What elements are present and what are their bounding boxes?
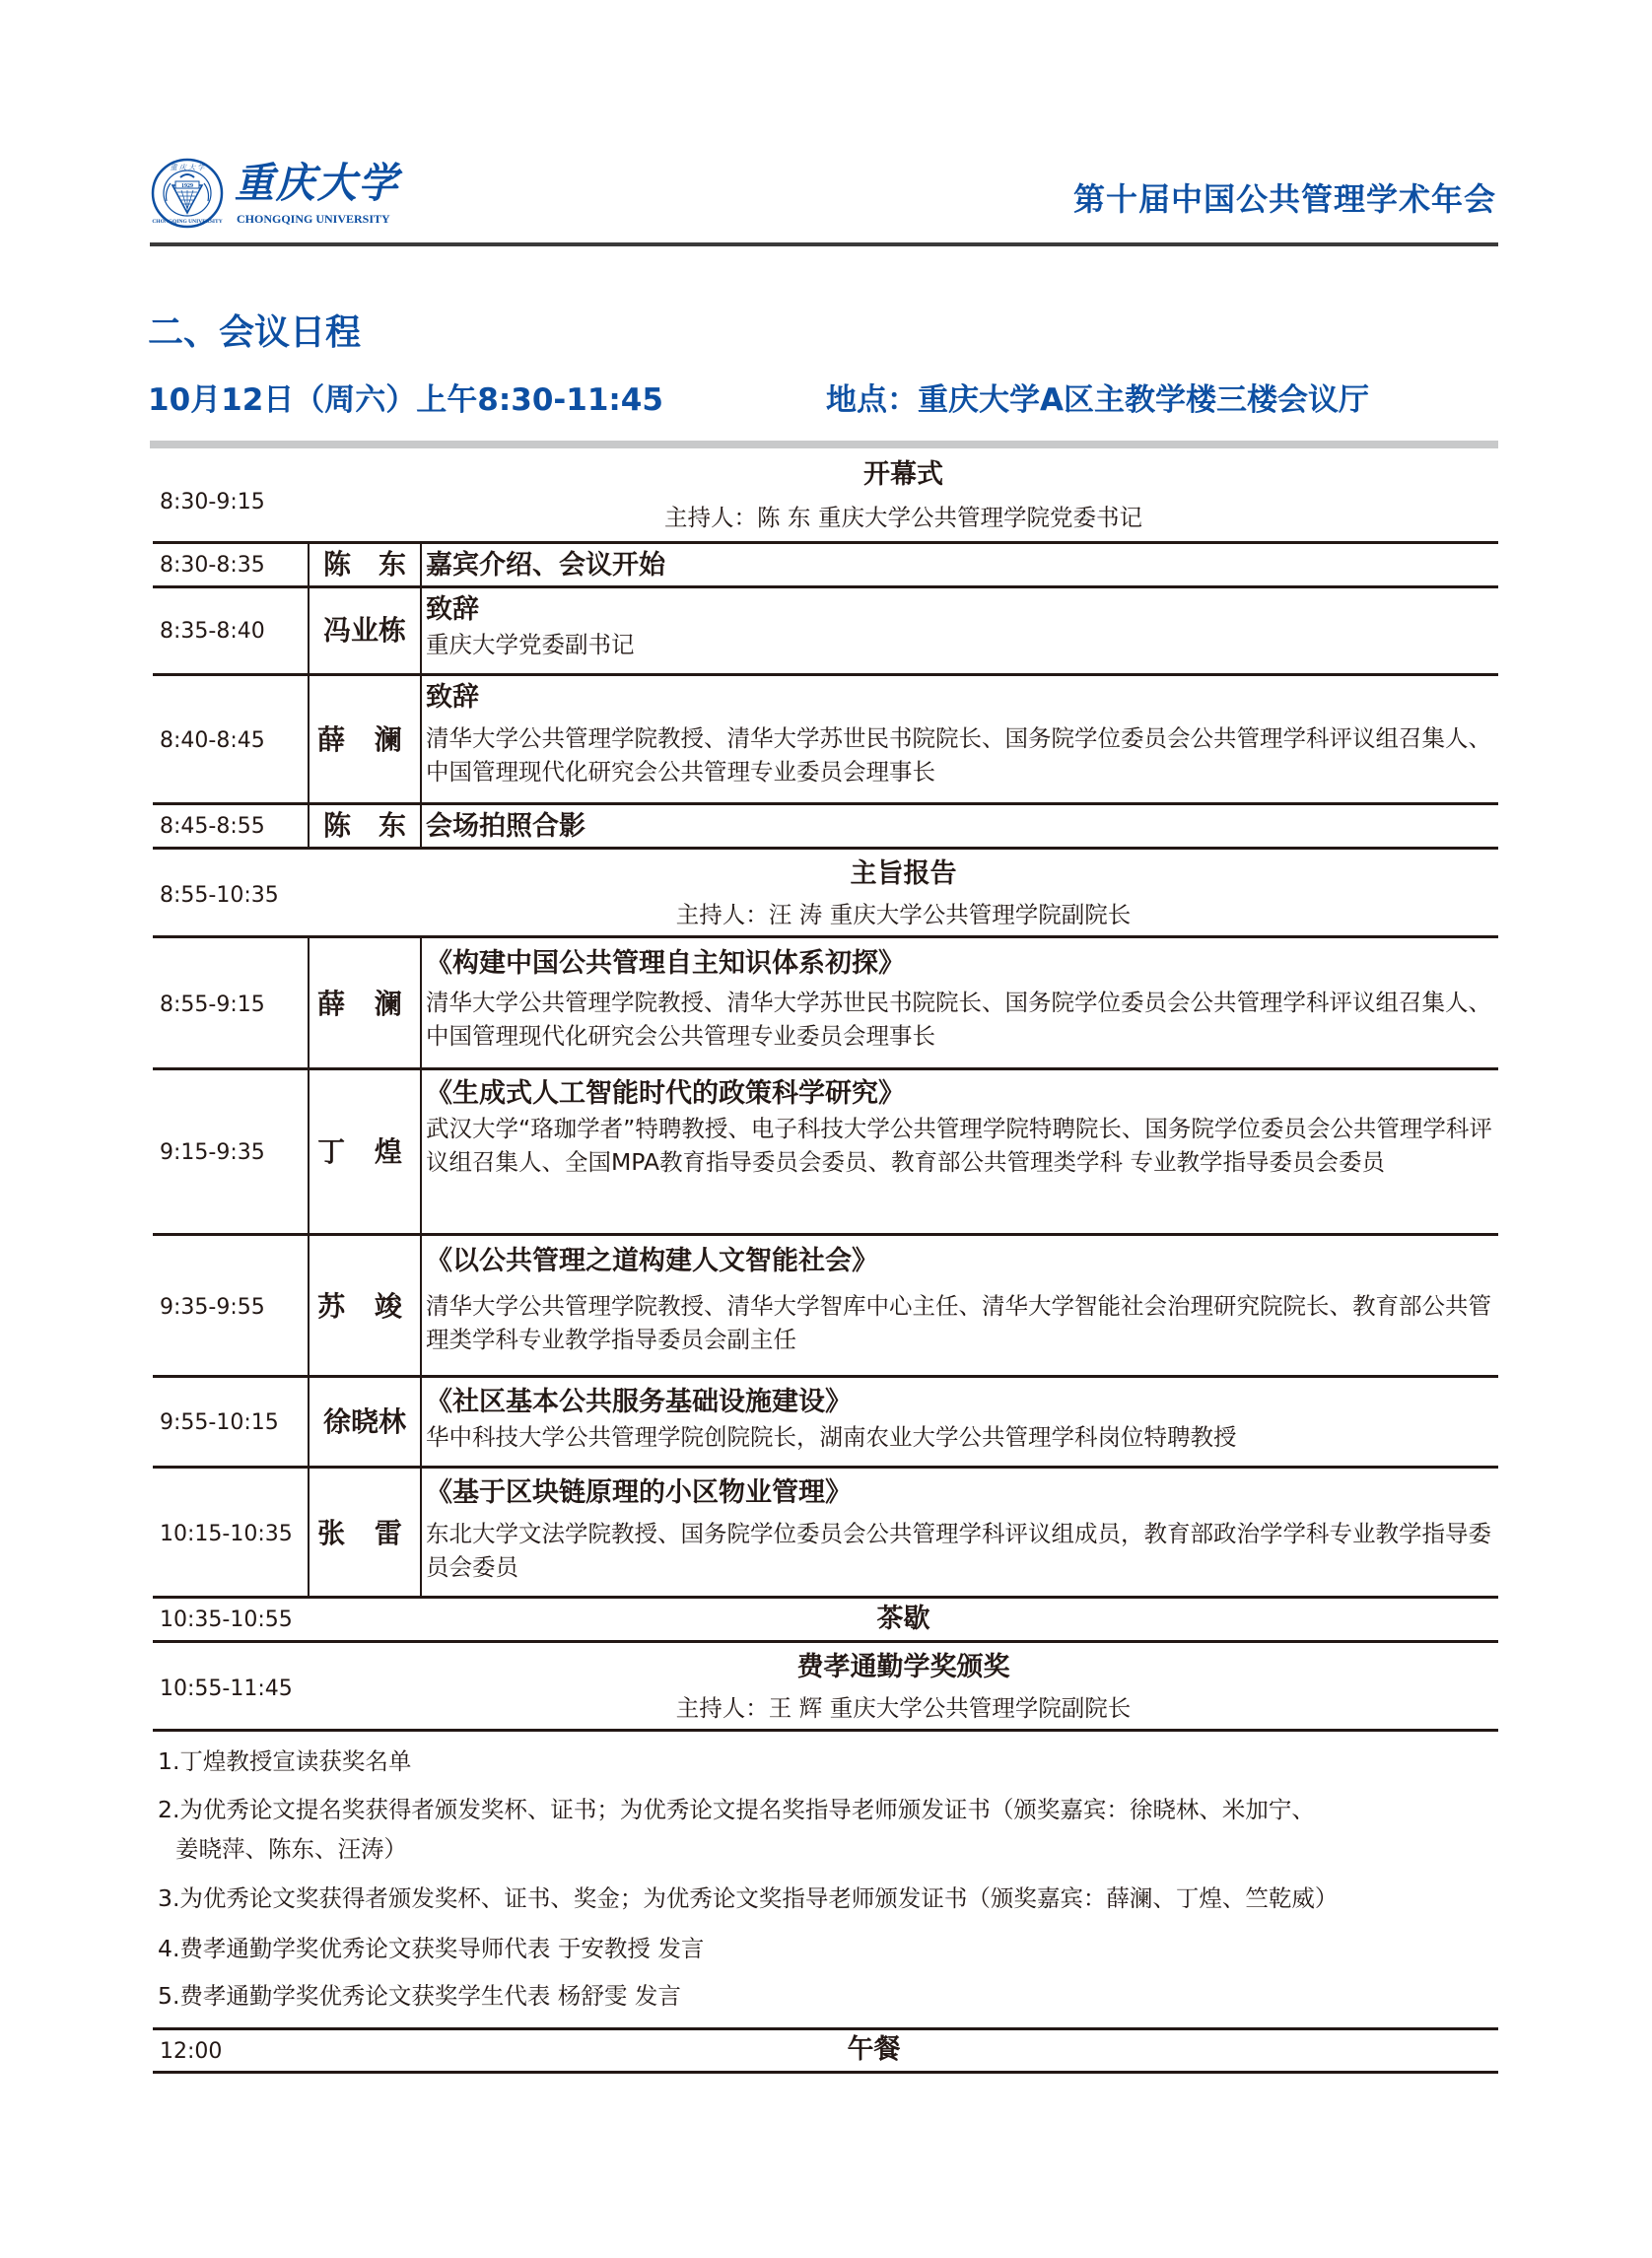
award-list-item: 3.为优秀论文奖获得者颁发奖杯、证书、奖金；为优秀论文奖指导老师颁发证书（颁奖嘉… bbox=[158, 1879, 1498, 1918]
row-divider bbox=[153, 585, 1498, 588]
row-divider bbox=[153, 673, 1498, 676]
table-row-speaker: 张 雷 bbox=[309, 1517, 421, 1550]
award-list-item: 1.丁煌教授宣读获奖名单 bbox=[158, 1742, 1498, 1781]
svg-text:1929: 1929 bbox=[181, 183, 193, 189]
row-divider bbox=[153, 1640, 1498, 1643]
table-row-speaker: 苏 竣 bbox=[309, 1290, 421, 1324]
table-row-speaker: 陈 东 bbox=[309, 809, 421, 843]
row-divider bbox=[153, 935, 1498, 938]
lunch-title: 午餐 bbox=[309, 2033, 1439, 2067]
row-divider bbox=[153, 1067, 1498, 1070]
award-list-item: 5.费孝通勤学奖优秀论文获奖学生代表 杨舒雯 发言 bbox=[158, 1976, 1498, 2016]
table-row-content: 嘉宾介绍、会议开始 bbox=[426, 548, 1495, 583]
svg-text:重 庆 大 学: 重 庆 大 学 bbox=[171, 164, 206, 171]
column-divider bbox=[308, 937, 310, 1598]
table-row-speaker: 薛 澜 bbox=[309, 988, 421, 1021]
conference-title: 第十届中国公共管理学术年会 bbox=[1073, 179, 1496, 219]
item-title: 会场拍照合影 bbox=[426, 809, 1495, 845]
table-row-time: 9:15-9:35 bbox=[160, 1139, 265, 1167]
speaker-bio: 清华大学公共管理学院教授、清华大学苏世民书院院长、国务院学位委员会公共管理学科评… bbox=[426, 986, 1495, 1053]
row-divider bbox=[153, 1233, 1498, 1236]
item-title: 致辞 bbox=[426, 680, 1495, 716]
table-row-time: 8:30-8:35 bbox=[160, 552, 265, 580]
opening-title: 开幕式 bbox=[309, 458, 1498, 492]
column-divider bbox=[420, 543, 422, 849]
award-list-item-continued: 姜晓萍、陈东、汪涛） bbox=[158, 1829, 1498, 1869]
item-description: 清华大学公共管理学院教授、清华大学苏世民书院院长、国务院学位委员会公共管理学科评… bbox=[426, 721, 1495, 788]
section-title: 二、会议日程 bbox=[148, 311, 361, 355]
item-title: 致辞 bbox=[426, 592, 1495, 628]
table-top-bar bbox=[150, 441, 1498, 448]
talk-title: 《构建中国公共管理自主知识体系初探》 bbox=[426, 946, 1495, 982]
award-session-header: 费孝通勤学奖颁奖 主持人：王 辉 重庆大学公共管理学院副院长 bbox=[309, 1651, 1498, 1724]
table-row-time: 10:15-10:35 bbox=[160, 1521, 293, 1548]
row-divider bbox=[153, 1596, 1498, 1599]
award-time: 10:55-11:45 bbox=[160, 1676, 293, 1703]
table-bottom-border bbox=[153, 2071, 1498, 2074]
table-row-time: 8:45-8:55 bbox=[160, 813, 265, 841]
university-seal-logo: 1929 重 庆 大 学 CHONGQING UNIVERSITY bbox=[151, 158, 224, 229]
opening-session-header: 开幕式 主持人：陈 东 重庆大学公共管理学院党委书记 bbox=[309, 458, 1498, 533]
table-row-content: 《基于区块链原理的小区物业管理》 东北大学文法学院教授、国务院学位委员会公共管理… bbox=[426, 1475, 1495, 1584]
table-row-content: 致辞 重庆大学党委副书记 bbox=[426, 592, 1495, 661]
keynote-title: 主旨报告 bbox=[309, 857, 1498, 891]
table-row-time: 9:55-10:15 bbox=[160, 1409, 279, 1437]
table-row-time: 9:35-9:55 bbox=[160, 1294, 265, 1322]
award-list-item-continuation: 姜晓萍、陈东、汪涛） bbox=[158, 1835, 407, 1863]
tea-break-row: 茶歇 bbox=[309, 1603, 1498, 1636]
table-row-content: 《社区基本公共服务基础设施建设》 华中科技大学公共管理学院创院院长，湖南农业大学… bbox=[426, 1385, 1495, 1454]
lunch-row: 午餐 bbox=[309, 2033, 1498, 2067]
header-divider bbox=[150, 242, 1498, 246]
university-wordmark: 重庆大学 CHONGQING UNIVERSITY bbox=[235, 158, 392, 229]
column-divider bbox=[308, 543, 310, 849]
table-row-content: 会场拍照合影 bbox=[426, 809, 1495, 845]
keynote-time: 8:55-10:35 bbox=[160, 882, 279, 910]
row-divider bbox=[153, 847, 1498, 850]
speaker-bio: 华中科技大学公共管理学院创院院长，湖南农业大学公共管理学科岗位特聘教授 bbox=[426, 1420, 1495, 1454]
row-divider bbox=[153, 1466, 1498, 1469]
session-location: 地点：重庆大学A区主教学楼三楼会议厅 bbox=[826, 380, 1369, 420]
wordmark-chinese: 重庆大学 bbox=[235, 158, 399, 209]
speaker-bio: 武汉大学“珞珈学者”特聘教授、电子科技大学公共管理学院特聘院长、国务院学位委员会… bbox=[426, 1112, 1495, 1179]
opening-host: 主持人：陈 东 重庆大学公共管理学院党委书记 bbox=[309, 502, 1498, 533]
tea-break-title: 茶歇 bbox=[309, 1603, 1498, 1636]
speaker-bio: 东北大学文法学院教授、国务院学位委员会公共管理学科评议组成员，教育部政治学学科专… bbox=[426, 1517, 1495, 1584]
chongqing-university-seal-icon: 1929 重 庆 大 学 CHONGQING UNIVERSITY bbox=[151, 158, 224, 229]
lunch-time: 12:00 bbox=[160, 2038, 222, 2066]
column-divider bbox=[420, 937, 422, 1598]
tea-break-time: 10:35-10:55 bbox=[160, 1607, 293, 1634]
table-row-time: 8:55-9:15 bbox=[160, 992, 265, 1019]
table-row-time: 8:35-8:40 bbox=[160, 618, 265, 646]
session-date: 10月12日（周六）上午8:30-11:45 bbox=[148, 380, 663, 420]
table-row-speaker: 冯业栋 bbox=[309, 614, 421, 648]
row-divider bbox=[153, 2027, 1498, 2030]
table-row-speaker: 丁 煌 bbox=[309, 1135, 421, 1169]
talk-title: 《生成式人工智能时代的政策科学研究》 bbox=[426, 1076, 1495, 1112]
item-description: 重庆大学党委副书记 bbox=[426, 628, 1495, 661]
item-title: 嘉宾介绍、会议开始 bbox=[426, 548, 1495, 583]
award-list-item: 2.为优秀论文提名奖获得者颁发奖杯、证书；为优秀论文提名奖指导老师颁发证书（颁奖… bbox=[158, 1790, 1498, 1829]
opening-time: 8:30-9:15 bbox=[160, 489, 265, 516]
table-row-time: 8:40-8:45 bbox=[160, 727, 265, 755]
talk-title: 《社区基本公共服务基础设施建设》 bbox=[426, 1385, 1495, 1420]
row-divider bbox=[153, 1729, 1498, 1732]
award-title: 费孝通勤学奖颁奖 bbox=[309, 1651, 1498, 1684]
row-divider bbox=[153, 541, 1498, 544]
talk-title: 《以公共管理之道构建人文智能社会》 bbox=[426, 1244, 1495, 1279]
wordmark-english: CHONGQING UNIVERSITY bbox=[237, 212, 390, 227]
table-row-speaker: 陈 东 bbox=[309, 548, 421, 582]
talk-title: 《基于区块链原理的小区物业管理》 bbox=[426, 1475, 1495, 1511]
keynote-session-header: 主旨报告 主持人：汪 涛 重庆大学公共管理学院副院长 bbox=[309, 857, 1498, 930]
table-row-content: 《构建中国公共管理自主知识体系初探》 清华大学公共管理学院教授、清华大学苏世民书… bbox=[426, 946, 1495, 1053]
svg-text:CHONGQING UNIVERSITY: CHONGQING UNIVERSITY bbox=[152, 219, 222, 225]
row-divider bbox=[153, 802, 1498, 805]
table-row-content: 《以公共管理之道构建人文智能社会》 清华大学公共管理学院教授、清华大学智库中心主… bbox=[426, 1244, 1495, 1356]
award-list-item: 4.费孝通勤学奖优秀论文获奖导师代表 于安教授 发言 bbox=[158, 1929, 1498, 1968]
award-host: 主持人：王 辉 重庆大学公共管理学院副院长 bbox=[309, 1692, 1498, 1724]
keynote-host: 主持人：汪 涛 重庆大学公共管理学院副院长 bbox=[309, 899, 1498, 930]
table-row-content: 致辞 清华大学公共管理学院教授、清华大学苏世民书院院长、国务院学位委员会公共管理… bbox=[426, 680, 1495, 788]
table-row-content: 《生成式人工智能时代的政策科学研究》 武汉大学“珞珈学者”特聘教授、电子科技大学… bbox=[426, 1076, 1495, 1179]
speaker-bio: 清华大学公共管理学院教授、清华大学智库中心主任、清华大学智能社会治理研究院院长、… bbox=[426, 1289, 1495, 1356]
table-row-speaker: 徐晓林 bbox=[309, 1405, 421, 1439]
row-divider bbox=[153, 1375, 1498, 1378]
table-row-speaker: 薛 澜 bbox=[309, 723, 421, 757]
